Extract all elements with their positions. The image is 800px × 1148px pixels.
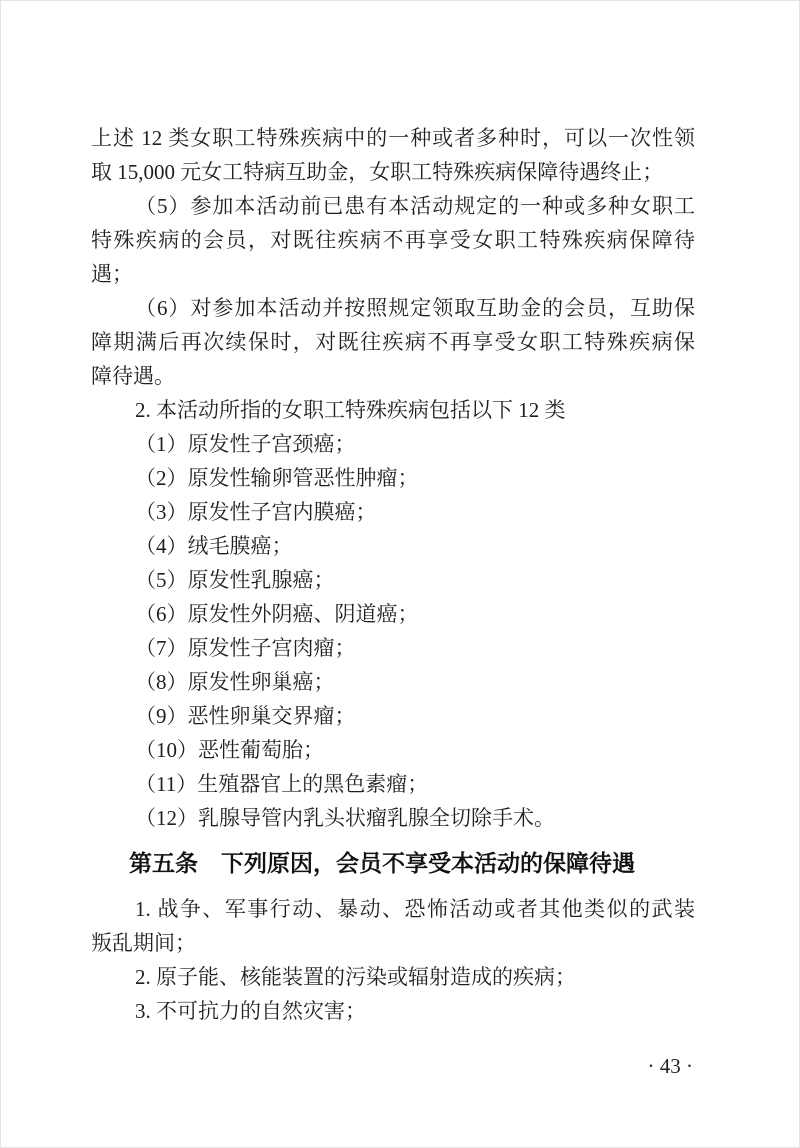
text-block: 上述 12 类女职工特殊疾病中的一种或者多种时，可以一次性领 取 15,000 … — [91, 121, 695, 1028]
clause-6-line: 障待遇。 — [91, 359, 695, 393]
body-line: 取 15,000 元女工特病互助金，女职工特殊疾病保障待遇终止； — [91, 155, 695, 189]
disease-list-item: （8）原发性卵巢癌； — [91, 665, 695, 699]
disease-list-item: （9）恶性卵巢交界瘤； — [91, 699, 695, 733]
disease-list-item: （10）恶性葡萄胎； — [91, 733, 695, 767]
disease-list-item: （12）乳腺导管内乳头状瘤乳腺全切除手术。 — [91, 801, 695, 835]
diseases-intro: 2. 本活动所指的女职工特殊疾病包括以下 12 类 — [91, 393, 695, 427]
disease-list-item: （3）原发性子宫内膜癌； — [91, 495, 695, 529]
clause-6-line: 障期满后再次续保时，对既往疾病不再享受女职工特殊疾病保 — [91, 325, 695, 359]
disease-list-item: （7）原发性子宫肉瘤； — [91, 631, 695, 665]
clause-6-line: （6）对参加本活动并按照规定领取互助金的会员，互助保 — [91, 291, 695, 325]
disease-list-item: （6）原发性外阴癌、阴道癌； — [91, 597, 695, 631]
article-5-heading: 第五条 下列原因，会员不享受本活动的保障待遇 — [91, 846, 695, 880]
disease-list-item: （1）原发性子宫颈癌； — [91, 427, 695, 461]
exclusion-item-line: 1. 战争、军事行动、暴动、恐怖活动或者其他类似的武装 — [91, 892, 695, 926]
exclusion-item-line: 2. 原子能、核能装置的污染或辐射造成的疾病； — [91, 960, 695, 994]
disease-list-item: （4）绒毛膜癌； — [91, 529, 695, 563]
clause-5-line: （5）参加本活动前已患有本活动规定的一种或多种女职工 — [91, 189, 695, 223]
disease-list-item: （5）原发性乳腺癌； — [91, 563, 695, 597]
exclusion-item-line: 叛乱期间； — [91, 926, 695, 960]
clause-5-line: 遇； — [91, 257, 695, 291]
page-number: · 43 · — [91, 1050, 693, 1082]
disease-list-item: （2）原发性输卵管恶性肿瘤； — [91, 461, 695, 495]
document-page: 上述 12 类女职工特殊疾病中的一种或者多种时，可以一次性领 取 15,000 … — [0, 0, 800, 1148]
body-line: 上述 12 类女职工特殊疾病中的一种或者多种时，可以一次性领 — [91, 121, 695, 155]
clause-5-line: 特殊疾病的会员，对既往疾病不再享受女职工特殊疾病保障待 — [91, 223, 695, 257]
exclusion-item-line: 3. 不可抗力的自然灾害； — [91, 994, 695, 1028]
disease-list-item: （11）生殖器官上的黑色素瘤； — [91, 767, 695, 801]
